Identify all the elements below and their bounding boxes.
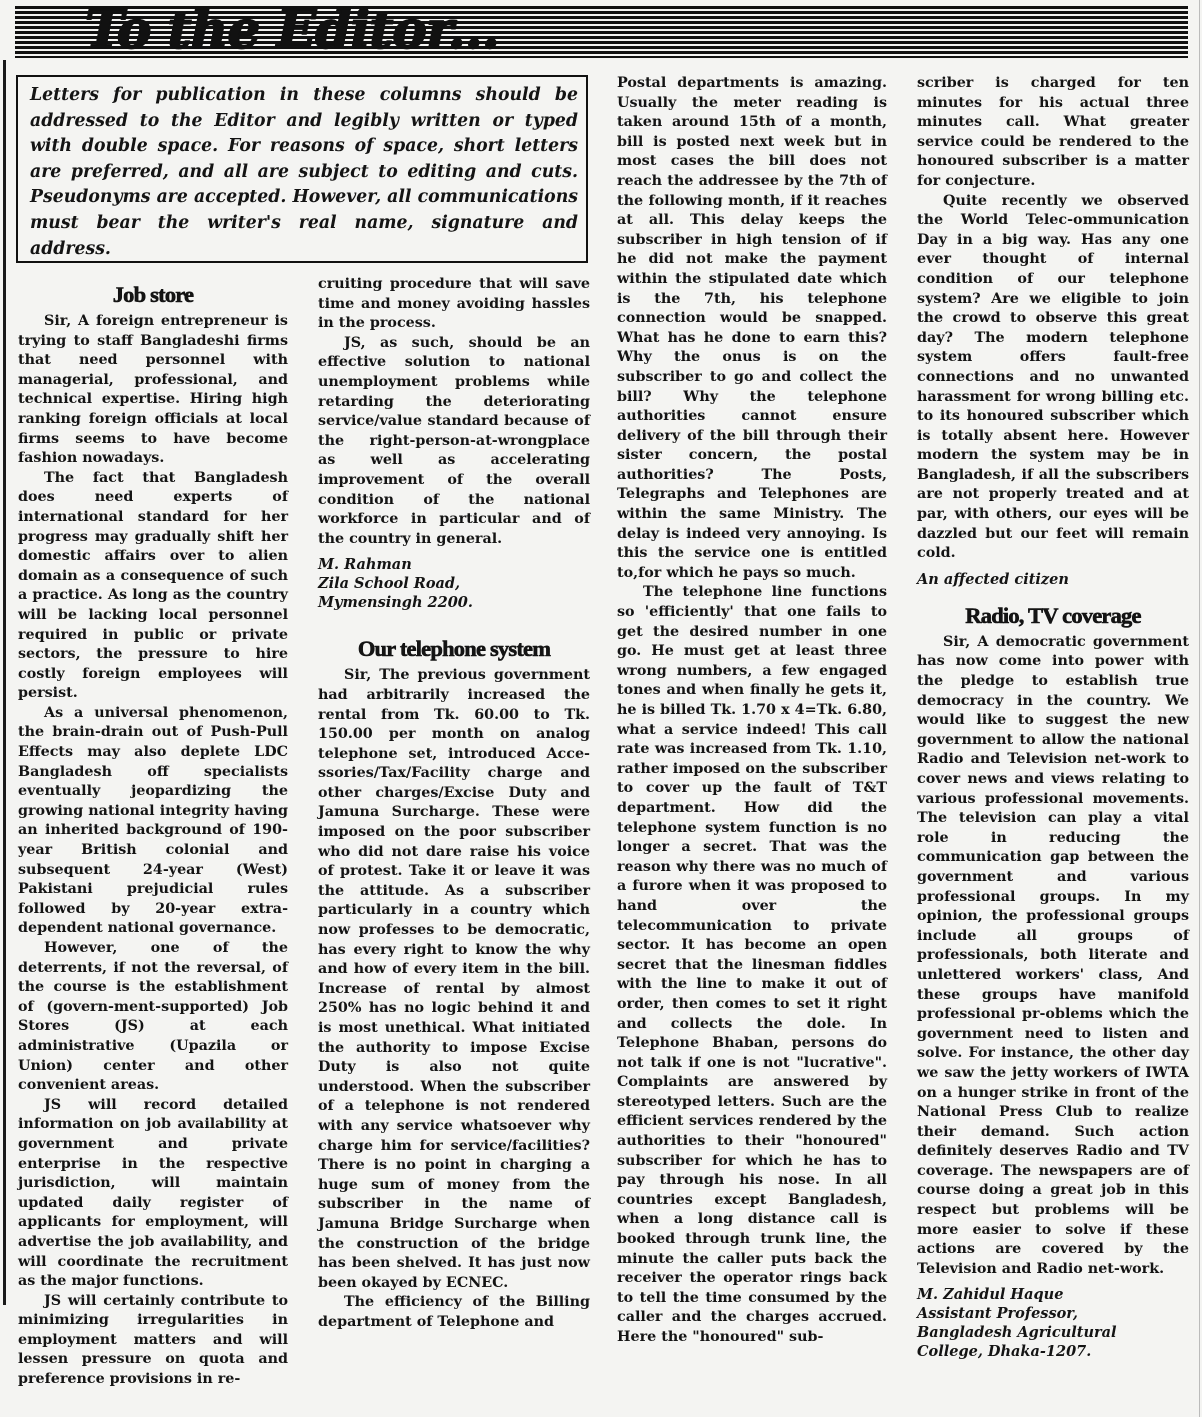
submission-notice-box: Letters for publication in these columns… [16, 75, 588, 263]
letter-paragraph: The fact that Bangladesh does need exper… [18, 469, 288, 704]
letter-paragraph: However, one of the deterrents, if not t… [18, 939, 288, 1096]
column-4: scriber is charged for ten minutes for h… [917, 74, 1189, 1361]
letter-paragraph: JS, as such, should be an effective solu… [318, 334, 590, 550]
section-title: To the Editor... [85, 2, 499, 60]
signature-name: An affected citizen [917, 570, 1189, 589]
letter-paragraph: Sir, A democratic government has now com… [917, 633, 1189, 1280]
letter-paragraph-continued: cruiting procedure that will save time a… [318, 275, 590, 334]
signature-address-line: Mymensingh 2200. [318, 593, 590, 612]
letter-paragraph: JS will certainly contribute to minimizi… [18, 1292, 288, 1390]
letter-paragraph: As a universal phenomenon, the brain-dra… [18, 704, 288, 939]
column-1: Job store Sir, A foreign entrepreneur is… [18, 280, 288, 1390]
letter-headline-job-store: Job store [18, 280, 288, 310]
signature-address-line: Bangladesh Agricultural [917, 1323, 1189, 1342]
signature-address-line: Zila School Road, [318, 574, 590, 593]
letter-paragraph-continued: scriber is charged for ten minutes for h… [917, 74, 1189, 192]
letter-paragraph-continued: Postal departments is amazing. Usually t… [617, 74, 887, 583]
signature-address-line: College, Dhaka-1207. [917, 1342, 1189, 1361]
letter-paragraph: Quite recently we observed the World Tel… [917, 192, 1189, 564]
column-rule [3, 60, 6, 1305]
letter-signature-radio-tv: M. Zahidul Haque Assistant Professor, Ba… [917, 1285, 1189, 1361]
page-edge [1199, 0, 1200, 1417]
letter-paragraph: The telephone line functions so 'efficie… [617, 583, 887, 1347]
letter-signature-job-store: M. Rahman Zila School Road, Mymensingh 2… [318, 555, 590, 612]
letter-headline-telephone-system: Our telephone system [318, 634, 590, 664]
column-3: Postal departments is amazing. Usually t… [617, 74, 887, 1348]
newspaper-page: To the Editor... Letters for publication… [0, 0, 1202, 1417]
signature-name: M. Rahman [318, 555, 590, 574]
submission-notice-text: Letters for publication in these columns… [30, 83, 578, 262]
letter-paragraph: Sir, A foreign entrepreneur is trying to… [18, 312, 288, 469]
column-2: cruiting procedure that will save time a… [318, 275, 590, 1333]
letter-signature-telephone-system: An affected citizen [917, 570, 1189, 589]
signature-name: M. Zahidul Haque [917, 1285, 1189, 1304]
letter-headline-radio-tv-coverage: Radio, TV coverage [917, 601, 1189, 631]
signature-title: Assistant Professor, [917, 1304, 1189, 1323]
masthead-banner: To the Editor... [15, 6, 1188, 58]
letter-paragraph: Sir, The previous government had arbitra… [318, 666, 590, 1293]
letter-paragraph: The efficiency of the Billing department… [318, 1293, 590, 1332]
letter-paragraph: JS will record detailed information on j… [18, 1096, 288, 1292]
